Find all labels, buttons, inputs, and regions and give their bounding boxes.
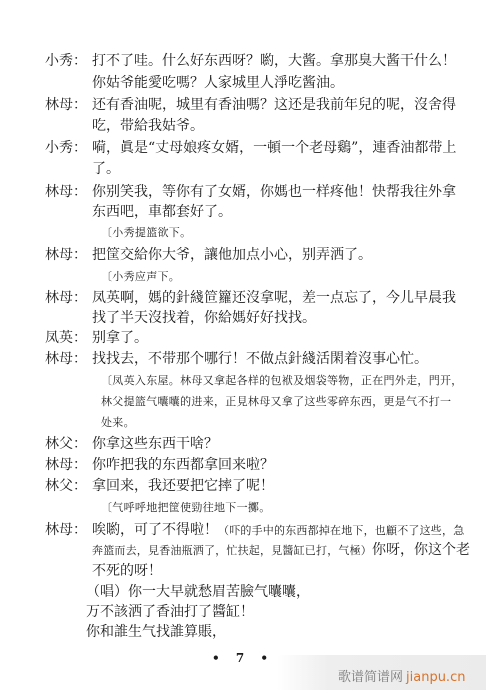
dialogue-text: 还有香油呢，城里有香油嗎？这还是我前年兒的呢，沒舍得 [92, 95, 456, 115]
dialogue-text: 唉喲，可了不得啦！ [92, 522, 218, 538]
stage-direction-text: 处来。 [101, 413, 135, 433]
speaker-label: 小秀： [45, 51, 91, 71]
dialogue-text-group: 唉喲，可了不得啦！（吓的手中的东西都掉在地下，也顧不了这些，急 [92, 520, 464, 541]
dialogue-text: 你姑爷能愛吃嗎？人家城里人淨吃酱油。 [92, 73, 344, 93]
speaker-label: 小秀： [45, 138, 91, 158]
stage-direction-text: 〔小秀应声下。 [101, 267, 180, 287]
dialogue-text: 了。 [92, 159, 120, 179]
dialogue-text: 拿回来，我还要把它摔了呢！ [92, 476, 274, 496]
dialogue-text: 打不了哇。什么好东西呀？喲，大酱。拿那臭大酱干什么！ [92, 51, 456, 71]
watermark-site-domain: jianpu.cn [406, 670, 465, 685]
inline-stage-direction: 奔篮而去，見香油瓶洒了，忙扶起，見醬缸已打，气極） [92, 544, 372, 557]
speaker-label: 林母： [45, 182, 91, 202]
watermark-site-name: 歌谱简谱网 [338, 670, 403, 685]
song-lyric: （唱）你一大早就愁眉苦臉气囔囔， [86, 582, 310, 602]
stage-direction-text: 〔凤英入东屋。林母又拿起各样的包袱及烟袋等物，正在門外走，門开， [101, 371, 463, 391]
speaker-label: 林母： [45, 245, 91, 265]
song-lyric: 万不該洒了香油打了醬缸！ [86, 602, 254, 622]
speaker-label: 林父： [45, 434, 91, 454]
dialogue-text: 东西吧，車都套好了。 [92, 202, 232, 222]
stage-direction-text: 〔气呼呼地把筐使勁往地下一擲。 [101, 498, 271, 518]
speaker-label: 凤英： [45, 328, 91, 348]
dialogue-text: 你别笑我，等你有了女婿，你媽也一样疼他！快帮我往外拿 [92, 182, 456, 202]
dialogue-text-group: 奔篮而去，見香油瓶洒了，忙扶起，見醬缸已打，气極）你呀，你这个老 [92, 540, 470, 561]
dialogue-text: 找了半天沒找着，你給媽好好找找。 [92, 308, 316, 328]
dialogue-text: 吃，带給我姑爷。 [92, 116, 204, 136]
watermark: 歌谱简谱网jianpu.cn [338, 666, 465, 685]
song-lyric: 你和誰生气找誰算賬， [86, 622, 226, 642]
dialogue-text: 你咋把我的东西都拿回来啦？ [92, 455, 274, 475]
speaker-label: 林母： [45, 349, 91, 369]
speaker-label: 林母： [45, 95, 91, 115]
speaker-label: 林母： [45, 520, 91, 540]
inline-stage-direction: （吓的手中的东西都掉在地下，也顧不了这些，急 [218, 524, 464, 537]
speaker-label: 林父： [45, 476, 91, 496]
dialogue-text: 你拿这些东西干啥？ [92, 434, 218, 454]
dialogue-text: 你呀，你这个老 [372, 542, 470, 558]
script-page: 小秀： 打不了哇。什么好东西呀？喲，大酱。拿那臭大酱干什么！ 你姑爷能愛吃嗎？人… [0, 0, 486, 690]
speaker-label: 林母： [45, 288, 91, 308]
dialogue-text: 不死的呀！ [92, 561, 162, 581]
dialogue-text: 找找去，不带那个哪行！不做点針綫活閑着沒事心忙。 [92, 349, 428, 369]
dialogue-text: 凤英啊，媽的針綫笸籮还沒拿呢，差一点忘了，今儿早晨我 [92, 288, 456, 308]
dialogue-text: 别拿了。 [92, 328, 148, 348]
dialogue-text: 把筐交給你大爷，讓他加点小心，别弄洒了。 [92, 245, 372, 265]
dialogue-text: 嗬，眞是“丈母娘疼女婿，一頓一个老母鷄”，連香油都带上 [92, 138, 456, 158]
speaker-label: 林母： [45, 455, 91, 475]
stage-direction-text: 〔小秀提篮欲下。 [101, 223, 191, 243]
stage-direction-text: 林父提篮气囔囔的进来，正見林母又拿了这些零碎东西，更是气不打一 [101, 392, 451, 412]
